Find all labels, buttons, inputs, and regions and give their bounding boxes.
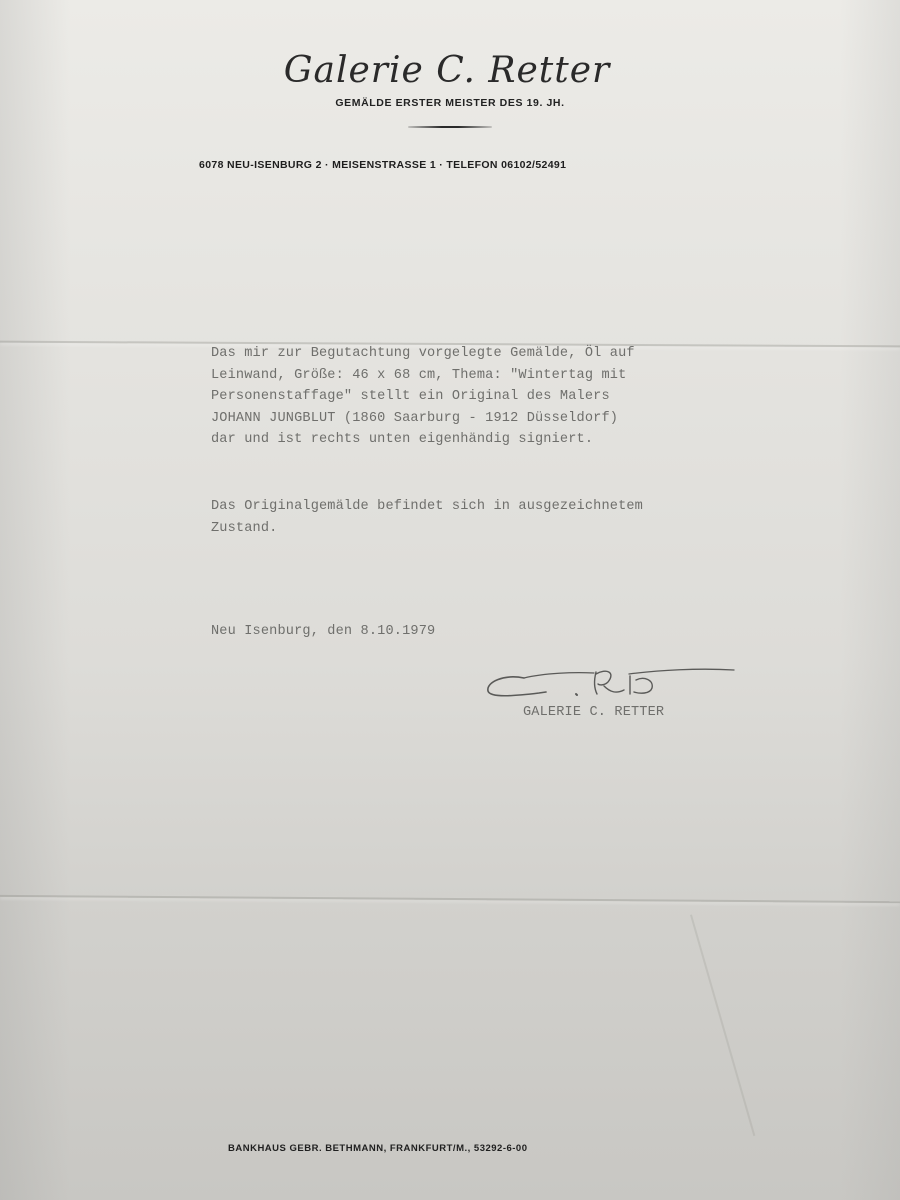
body-line: JOHANN JUNGBLUT (1860 Saarburg - 1912 Dü… [211, 408, 635, 430]
gallery-address: 6078 NEU-ISENBURG 2 · MEISENSTRASSE 1 · … [199, 159, 566, 171]
paper-shadow-left [0, 0, 70, 1200]
body-line: Zustand. [211, 518, 643, 540]
gallery-tagline: GEMÄLDE ERSTER MEISTER DES 19. JH. [0, 97, 900, 109]
handwritten-signature [484, 660, 744, 705]
appraisal-paragraph: Das mir zur Begutachtung vorgelegte Gemä… [211, 343, 635, 451]
body-line: Personenstaffage" stellt ein Original de… [211, 386, 635, 408]
body-line: Das mir zur Begutachtung vorgelegte Gemä… [211, 343, 635, 365]
gallery-brand-name: Galerie C. Retter [0, 50, 897, 91]
paper-fold-lower [0, 895, 900, 903]
body-line: dar und ist rechts unten eigenhändig sig… [211, 429, 635, 451]
bank-details: BANKHAUS GEBR. BETHMANN, FRANKFURT/M., 5… [228, 1143, 528, 1154]
signature-name: GALERIE C. RETTER [523, 705, 664, 720]
letterhead-divider [408, 126, 492, 128]
place-and-date: Neu Isenburg, den 8.10.1979 [211, 624, 435, 639]
paper-shadow-right [840, 0, 900, 1200]
paper-crease [690, 914, 755, 1136]
body-line: Das Originalgemälde befindet sich in aus… [211, 496, 643, 518]
body-line: Leinwand, Größe: 46 x 68 cm, Thema: "Win… [211, 365, 635, 387]
letterhead: Galerie C. Retter GEMÄLDE ERSTER MEISTER… [0, 50, 900, 128]
condition-paragraph: Das Originalgemälde befindet sich in aus… [211, 496, 643, 540]
